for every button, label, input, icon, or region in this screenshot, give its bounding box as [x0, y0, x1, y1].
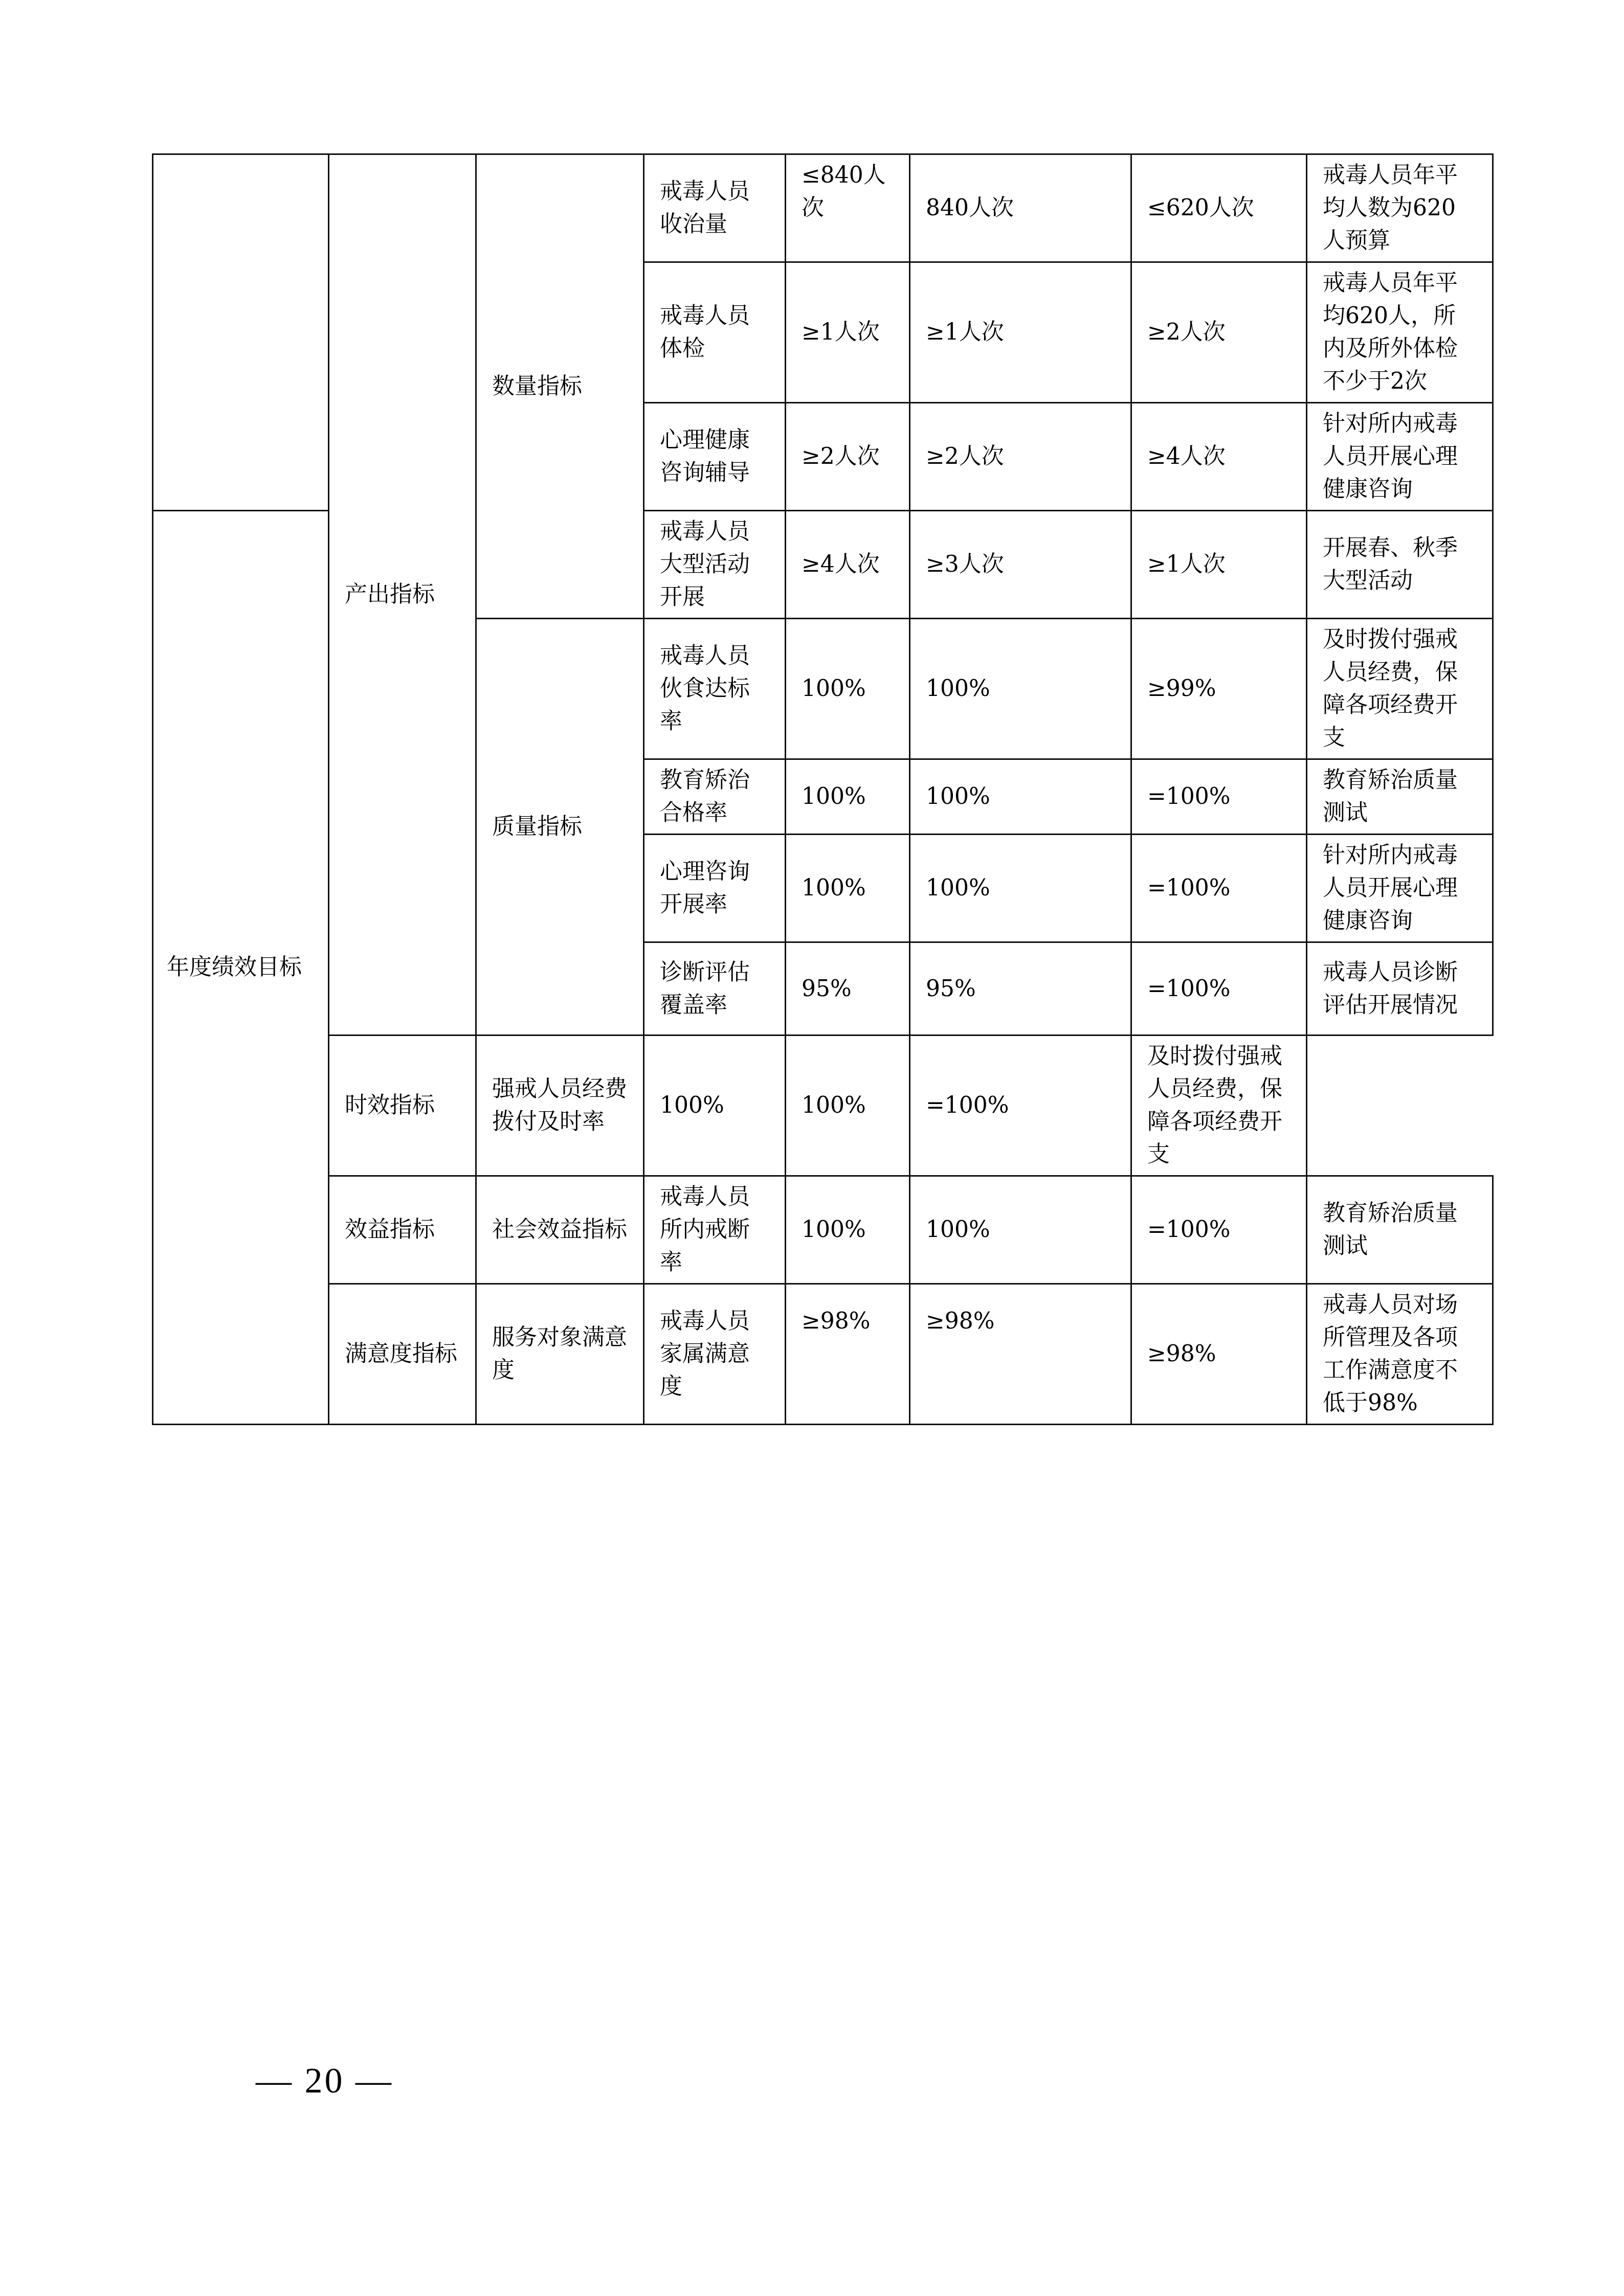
- level2-satisfaction-cell: 满意度指标: [329, 1284, 476, 1425]
- indicator-value-1: ≤840人次: [786, 154, 910, 262]
- indicator-value-2: ≥1人次: [910, 262, 1131, 403]
- indicator-name: 心理健康咨询辅导: [644, 403, 786, 511]
- indicator-value-2: ≥3人次: [910, 511, 1131, 619]
- level3-timeliness-cell: 时效指标: [329, 1036, 476, 1176]
- table-row: 时效指标 强戒人员经费拨付及时率 100% 100% =100% 及时拨付强戒人…: [153, 1036, 1493, 1176]
- indicator-value-1: 100%: [644, 1036, 786, 1176]
- indicator-name: 戒毒人员家属满意度: [644, 1284, 786, 1425]
- indicator-value-3: ≥2人次: [1131, 262, 1307, 403]
- indicator-value-1: 100%: [786, 835, 910, 942]
- indicator-note: 及时拨付强戒人员经费，保障各项经费开支: [1307, 619, 1493, 759]
- level1-blank-cell: [153, 154, 329, 511]
- indicator-value-1: 100%: [786, 1176, 910, 1284]
- indicator-value-1: 100%: [786, 619, 910, 759]
- indicator-value-3: =100%: [1131, 759, 1307, 835]
- indicator-note: 戒毒人员年平均620人，所内及所外体检不少于2次: [1307, 262, 1493, 403]
- indicator-name: 戒毒人员所内戒断率: [644, 1176, 786, 1284]
- indicator-value-1: ≥98%: [786, 1284, 910, 1425]
- indicator-value-3: =100%: [910, 1036, 1131, 1176]
- indicator-note: 戒毒人员年平均人数为620人预算: [1307, 154, 1493, 262]
- indicator-value-3: =100%: [1131, 1176, 1307, 1284]
- page-number: — 20 —: [256, 2061, 393, 2102]
- indicator-value-2: 100%: [910, 619, 1131, 759]
- table-row: 满意度指标 服务对象满意度 戒毒人员家属满意度 ≥98% ≥98% ≥98% 戒…: [153, 1284, 1493, 1425]
- indicator-name: 诊断评估覆盖率: [644, 942, 786, 1036]
- indicator-name: 戒毒人员收治量: [644, 154, 786, 262]
- indicator-value-1: 100%: [786, 759, 910, 835]
- indicator-value-3: ≤620人次: [1131, 154, 1307, 262]
- indicator-value-2: 840人次: [910, 154, 1131, 262]
- indicator-name: 强戒人员经费拨付及时率: [476, 1036, 644, 1176]
- indicator-value-1: ≥1人次: [786, 262, 910, 403]
- indicator-value-3: ≥4人次: [1131, 403, 1307, 511]
- indicator-note: 戒毒人员诊断评估开展情况: [1307, 942, 1493, 1036]
- level1-annual-goal-cell: 年度绩效目标: [153, 511, 329, 1425]
- indicator-value-3: ≥1人次: [1131, 511, 1307, 619]
- level3-quality-cell: 质量指标: [476, 619, 644, 1036]
- indicator-value-2: 100%: [910, 759, 1131, 835]
- level3-service-satisfaction-cell: 服务对象满意度: [476, 1284, 644, 1425]
- indicator-value-3: ≥99%: [1131, 619, 1307, 759]
- performance-indicator-table: 产出指标 数量指标 戒毒人员收治量 ≤840人次 840人次 ≤620人次 戒毒…: [152, 153, 1494, 1425]
- indicator-value-1: ≥2人次: [786, 403, 910, 511]
- indicator-note: 戒毒人员对场所管理及各项工作满意度不低于98%: [1307, 1284, 1493, 1425]
- indicator-value-3: =100%: [1131, 942, 1307, 1036]
- indicator-name: 戒毒人员大型活动开展: [644, 511, 786, 619]
- indicator-note: 及时拨付强戒人员经费，保障各项经费开支: [1131, 1036, 1307, 1176]
- level3-quantity-cell: 数量指标: [476, 154, 644, 619]
- indicator-name: 戒毒人员伙食达标率: [644, 619, 786, 759]
- indicator-name: 心理咨询开展率: [644, 835, 786, 942]
- indicator-name: 教育矫治合格率: [644, 759, 786, 835]
- indicator-value-2: 100%: [910, 835, 1131, 942]
- indicator-note: 针对所内戒毒人员开展心理健康咨询: [1307, 835, 1493, 942]
- table-row: 产出指标 数量指标 戒毒人员收治量 ≤840人次 840人次 ≤620人次 戒毒…: [153, 154, 1493, 262]
- indicator-value-2: ≥98%: [910, 1284, 1131, 1425]
- indicator-value-2: 100%: [786, 1036, 910, 1176]
- table-row: 效益指标 社会效益指标 戒毒人员所内戒断率 100% 100% =100% 教育…: [153, 1176, 1493, 1284]
- indicator-value-2: 100%: [910, 1176, 1131, 1284]
- indicator-note: 教育矫治质量测试: [1307, 759, 1493, 835]
- indicator-value-1: ≥4人次: [786, 511, 910, 619]
- indicator-value-3: =100%: [1131, 835, 1307, 942]
- indicator-value-2: 95%: [910, 942, 1131, 1036]
- level2-benefit-cell: 效益指标: [329, 1176, 476, 1284]
- level3-social-benefit-cell: 社会效益指标: [476, 1176, 644, 1284]
- indicator-note: 开展春、秋季大型活动: [1307, 511, 1493, 619]
- indicator-name: 戒毒人员体检: [644, 262, 786, 403]
- indicator-value-3: ≥98%: [1131, 1284, 1307, 1425]
- indicator-value-1: 95%: [786, 942, 910, 1036]
- indicator-value-2: ≥2人次: [910, 403, 1131, 511]
- indicator-note: 教育矫治质量测试: [1307, 1176, 1493, 1284]
- level2-output-cell: 产出指标: [329, 154, 476, 1036]
- indicator-note: 针对所内戒毒人员开展心理健康咨询: [1307, 403, 1493, 511]
